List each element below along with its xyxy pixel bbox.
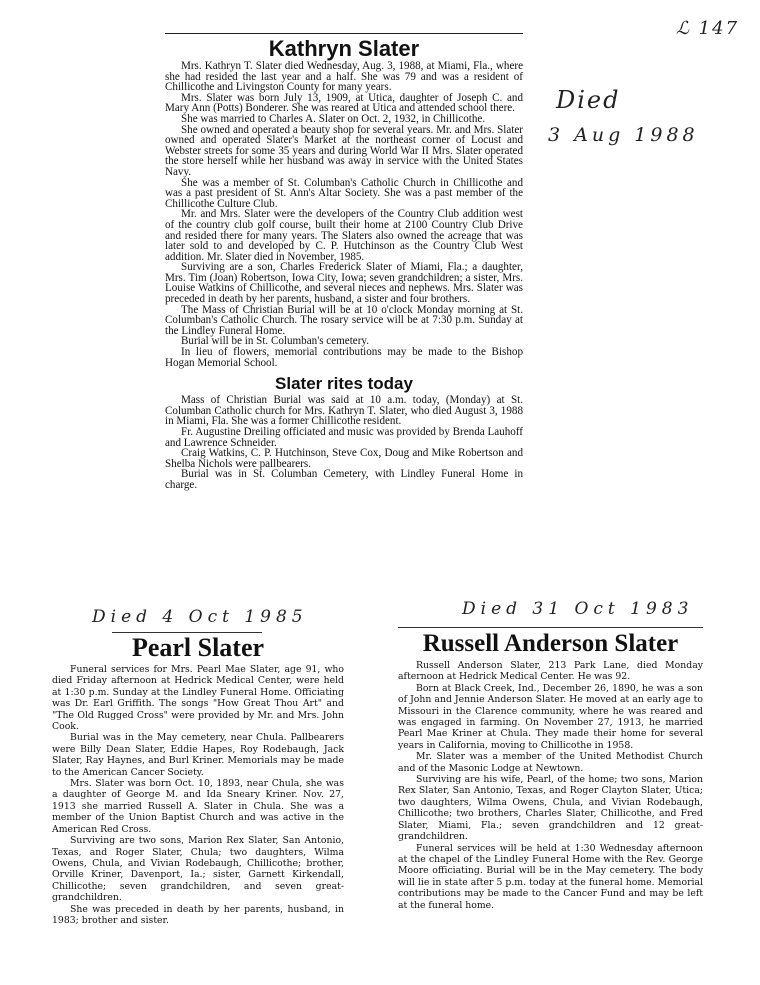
paragraph: Funeral services for Mrs. Pearl Mae Slat… bbox=[52, 664, 344, 732]
obituary-headline: Kathryn Slater bbox=[165, 37, 523, 61]
paragraph: Mrs. Kathryn T. Slater died Wednesday, A… bbox=[165, 61, 523, 93]
paragraph: The Mass of Christian Burial will be at … bbox=[165, 305, 523, 337]
paragraph: Burial was in the May cemetery, near Chu… bbox=[52, 732, 344, 778]
handwritten-death-date: 3 Aug 1988 bbox=[548, 124, 699, 146]
obituary-russell-anderson-slater: Russell Anderson Slater Russell Anderson… bbox=[398, 627, 703, 911]
obituary-pearl-slater: Pearl Slater Funeral services for Mrs. P… bbox=[52, 632, 344, 926]
paragraph: Funeral services will be held at 1:30 We… bbox=[398, 843, 703, 911]
paragraph: Burial was in St. Columban Cemetery, wit… bbox=[165, 469, 523, 490]
paragraph: Born at Black Creek, Ind., December 26, … bbox=[398, 683, 703, 751]
handwritten-died-note-pearl: Died 4 Oct 1985 bbox=[92, 607, 308, 627]
handwritten-died-note-russell: Died 31 Oct 1983 bbox=[462, 599, 693, 619]
obituary-kathryn-slater: Kathryn Slater Mrs. Kathryn T. Slater di… bbox=[165, 33, 523, 491]
obituary-headline: Pearl Slater bbox=[52, 634, 344, 662]
paragraph: Surviving are a son, Charles Frederick S… bbox=[165, 262, 523, 304]
paragraph: She was married to Charles A. Slater on … bbox=[165, 114, 523, 125]
paragraph: In lieu of flowers, memorial contributio… bbox=[165, 347, 523, 368]
handwritten-page-number: ℒ 147 bbox=[676, 18, 739, 39]
obituary-headline: Russell Anderson Slater bbox=[398, 630, 703, 658]
paragraph: Fr. Augustine Dreiling officiated and mu… bbox=[165, 427, 523, 448]
paragraph: Mass of Christian Burial was said at 10 … bbox=[165, 395, 523, 427]
obituary-body: Funeral services for Mrs. Pearl Mae Slat… bbox=[52, 664, 344, 926]
handwritten-died-note: Died bbox=[556, 86, 620, 114]
paragraph: Mrs. Slater was born July 13, 1909, at U… bbox=[165, 93, 523, 114]
paragraph: Craig Watkins, C. P. Hutchinson, Steve C… bbox=[165, 448, 523, 469]
obituary-body: Russell Anderson Slater, 213 Park Lane, … bbox=[398, 660, 703, 911]
paragraph: She was a member of St. Columban's Catho… bbox=[165, 178, 523, 210]
top-rule bbox=[398, 627, 703, 628]
top-rule bbox=[165, 33, 523, 34]
paragraph: She was preceded in death by her parents… bbox=[52, 904, 344, 927]
paragraph: She owned and operated a beauty shop for… bbox=[165, 125, 523, 178]
paragraph: Surviving are two sons, Marion Rex Slate… bbox=[52, 835, 344, 903]
rites-headline: Slater rites today bbox=[165, 374, 523, 394]
paragraph: Russell Anderson Slater, 213 Park Lane, … bbox=[398, 660, 703, 683]
paragraph: Mr. Slater was a member of the United Me… bbox=[398, 751, 703, 774]
paragraph: Surviving are his wife, Pearl, of the ho… bbox=[398, 774, 703, 842]
paragraph: Mr. and Mrs. Slater were the developers … bbox=[165, 209, 523, 262]
rites-body: Mass of Christian Burial was said at 10 … bbox=[165, 395, 523, 490]
obituary-body: Mrs. Kathryn T. Slater died Wednesday, A… bbox=[165, 61, 523, 368]
paragraph: Mrs. Slater was born Oct. 10, 1893, near… bbox=[52, 778, 344, 835]
